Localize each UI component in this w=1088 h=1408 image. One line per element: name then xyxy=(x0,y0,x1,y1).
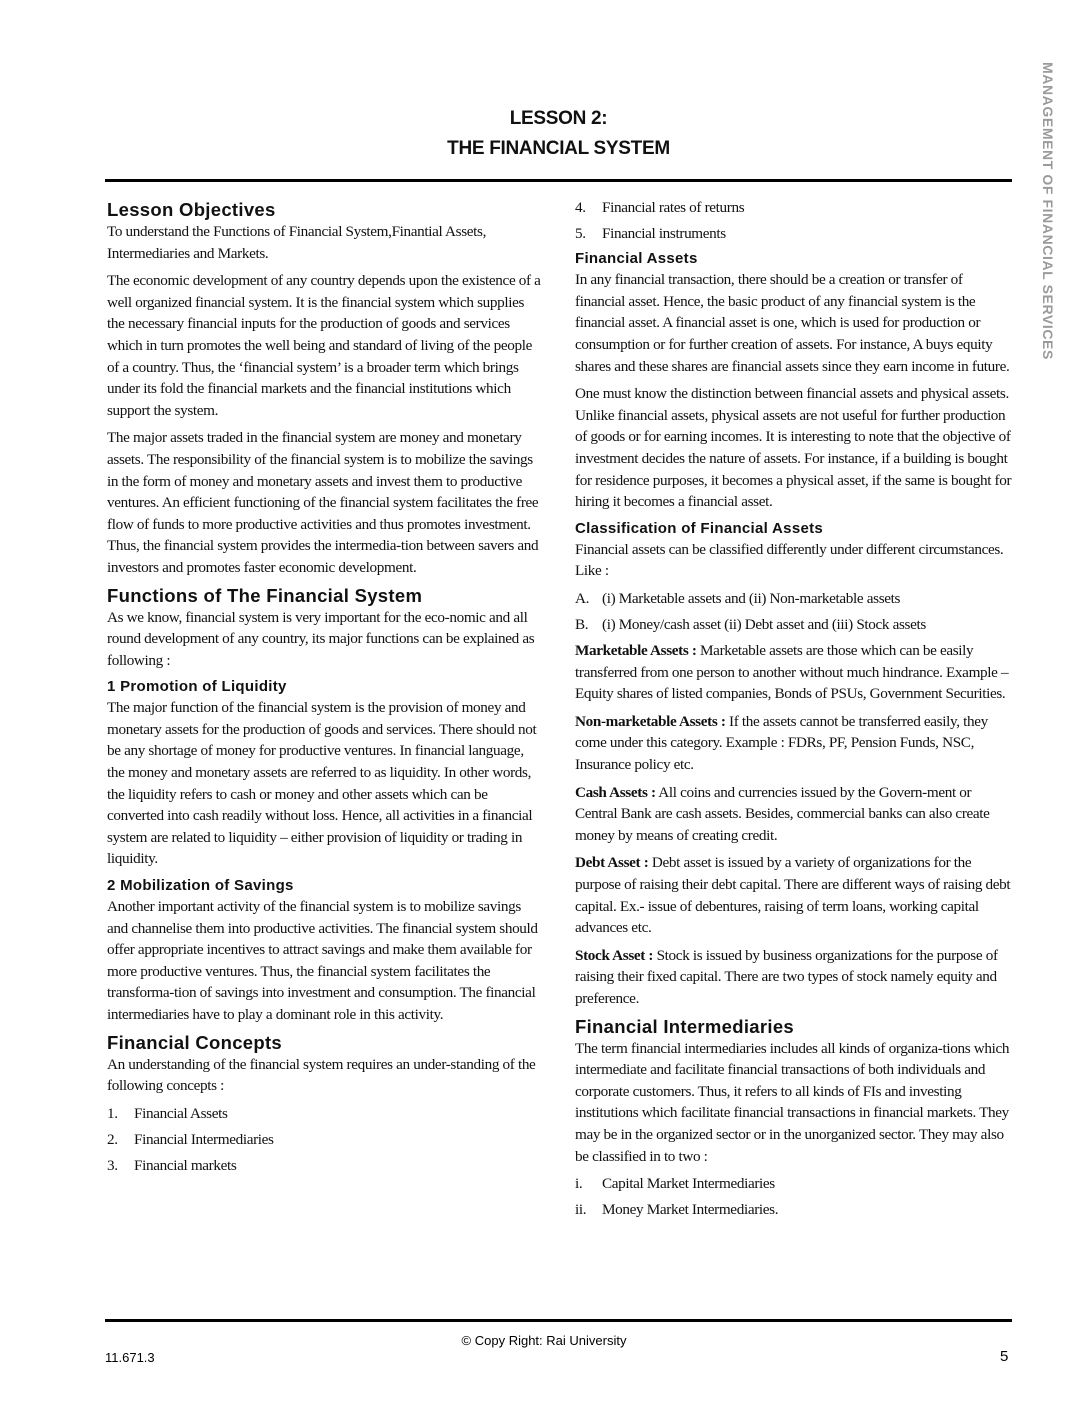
savings-heading: 2 Mobilization of Savings xyxy=(107,876,543,896)
list-item: A.(i) Marketable assets and (ii) Non-mar… xyxy=(575,588,1015,610)
financial-assets-paragraph-1: In any financial transaction, there shou… xyxy=(575,269,1015,377)
concepts-list-continued: 4.Financial rates of returns 5.Financial… xyxy=(575,197,1015,245)
objectives-text: To understand the Functions of Financial… xyxy=(107,221,543,264)
definition-non-marketable-assets: Non-marketable Assets : If the assets ca… xyxy=(575,711,1015,776)
header-rule xyxy=(105,179,1012,182)
list-item: B.(i) Money/cash asset (ii) Debt asset a… xyxy=(575,614,1015,636)
list-item: 3.Financial markets xyxy=(107,1155,543,1177)
left-column: Lesson Objectives To understand the Func… xyxy=(107,197,543,1181)
copyright-notice: © Copy Right: Rai University xyxy=(0,1333,1088,1348)
list-item: 4.Financial rates of returns xyxy=(575,197,1015,219)
concepts-text: An understanding of the financial system… xyxy=(107,1054,543,1097)
savings-text: Another important activity of the financ… xyxy=(107,896,543,1026)
right-column: 4.Financial rates of returns 5.Financial… xyxy=(575,197,1015,1225)
liquidity-heading: 1 Promotion of Liquidity xyxy=(107,677,543,697)
list-item: 5.Financial instruments xyxy=(575,223,1015,245)
definition-stock-asset: Stock Asset : Stock is issued by busines… xyxy=(575,945,1015,1010)
page-number: 5 xyxy=(1000,1348,1008,1365)
intermediaries-heading: Financial Intermediaries xyxy=(575,1016,1015,1038)
footer-rule xyxy=(105,1319,1012,1322)
classification-list: A.(i) Marketable assets and (ii) Non-mar… xyxy=(575,588,1015,636)
intermediaries-list: i.Capital Market Intermediaries ii.Money… xyxy=(575,1173,1015,1221)
intro-paragraph-2: The major assets traded in the financial… xyxy=(107,427,543,578)
liquidity-text: The major function of the financial syst… xyxy=(107,697,543,870)
financial-assets-heading: Financial Assets xyxy=(575,249,1015,269)
list-item: 1.Financial Assets xyxy=(107,1103,543,1125)
lesson-title: THE FINANCIAL SYSTEM xyxy=(105,134,1012,164)
list-item: ii.Money Market Intermediaries. xyxy=(575,1199,1015,1221)
lesson-header: LESSON 2: THE FINANCIAL SYSTEM xyxy=(105,104,1012,164)
definition-cash-assets: Cash Assets : All coins and currencies i… xyxy=(575,782,1015,847)
classification-heading: Classification of Financial Assets xyxy=(575,519,1015,539)
running-section-title: MANAGEMENT OF FINANCIAL SERVICES xyxy=(1026,62,1056,402)
definition-debt-asset: Debt Asset : Debt asset is issued by a v… xyxy=(575,852,1015,938)
list-item: 2.Financial Intermediaries xyxy=(107,1129,543,1151)
definition-marketable-assets: Marketable Assets : Marketable assets ar… xyxy=(575,640,1015,705)
objectives-heading: Lesson Objectives xyxy=(107,199,543,221)
course-code: 11.671.3 xyxy=(105,1350,155,1365)
functions-heading: Functions of The Financial System xyxy=(107,585,543,607)
intermediaries-text: The term financial intermediaries includ… xyxy=(575,1038,1015,1168)
list-item: i.Capital Market Intermediaries xyxy=(575,1173,1015,1195)
concepts-list: 1.Financial Assets 2.Financial Intermedi… xyxy=(107,1103,543,1177)
concepts-heading: Financial Concepts xyxy=(107,1032,543,1054)
classification-text: Financial assets can be classified diffe… xyxy=(575,539,1015,582)
lesson-number: LESSON 2: xyxy=(105,104,1012,134)
functions-text: As we know, financial system is very imp… xyxy=(107,607,543,672)
financial-assets-paragraph-2: One must know the distinction between fi… xyxy=(575,383,1015,513)
intro-paragraph-1: The economic development of any country … xyxy=(107,270,543,421)
